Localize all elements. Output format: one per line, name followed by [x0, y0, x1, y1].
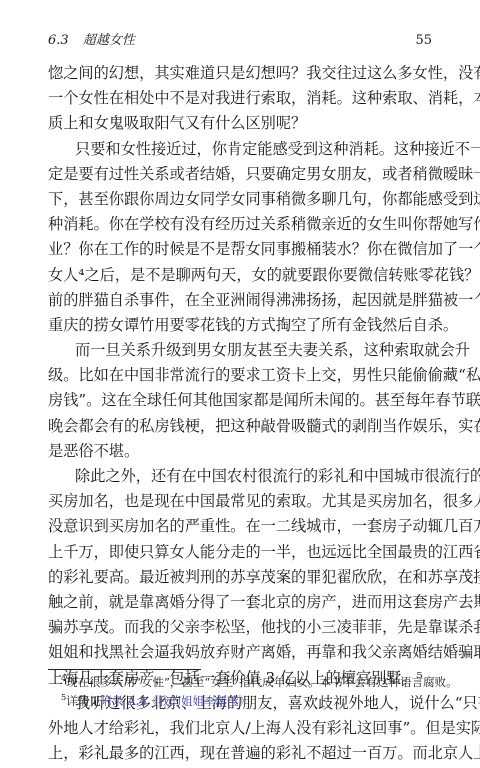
text-line: 是恶俗不堪。: [48, 439, 431, 464]
footnotes: 4现在很多人用“女性”，甚至“女生”指代成年妇女。本书不会有这种语言腐败。 5详…: [61, 673, 458, 711]
text-line: 下，甚至你跟你周边女同学女同事稍微多聊几句，你都能感受到这: [48, 187, 431, 212]
text-line: 上，彩礼最多的江西，现在普遍的彩礼不超过一百万。而北京人上: [48, 741, 431, 766]
footnote-4: 4现在很多人用“女性”，甚至“女生”指代成年妇女。本书不会有这种语言腐败。: [61, 673, 458, 692]
running-header: 6.3 超越女性 55: [48, 29, 432, 49]
text-line: 晚会都会有的私房钱梗，把这种敲骨吸髓式的剥削当作娱乐，实在: [48, 414, 431, 439]
text-line: 业？你在工作的时候是不是帮女同事搬桶装水？你在微信加了一个: [48, 237, 431, 262]
text-line: 除此之外，还有在中国农村很流行的彩礼和中国城市很流行的: [48, 464, 431, 489]
footnote-text: 详情见: [66, 694, 101, 708]
text-line: 定是要有过性关系或者结婚，只要确定男女朋友，或者稍微暧昧一: [48, 162, 431, 187]
text-line: 级。比如在中国非常流行的要求工资卡上交，男性只能偷偷藏“私: [48, 363, 431, 388]
main-text: 惚之间的幻想，其实难道只是幻想吗？我交往过这么多女性，没有一个女性在相处中不是对…: [48, 61, 431, 766]
text-line: 只要和女性接近过，你肯定能感受到这种消耗。这种接近不一: [48, 137, 431, 162]
text-line: 的彩礼要高。最近被判刑的苏享茂案的罪犯翟欣欣，在和苏享茂接: [48, 565, 431, 590]
footnote-5: 5详情见附录 A.4《我的姐姐李新莹》: [61, 692, 458, 711]
footnote-text: 现在很多人用“女性”，甚至“女生”指代成年妇女。本书不会有这种语言腐败。: [66, 675, 458, 689]
section-title: 超越女性: [83, 33, 135, 48]
text-line: 姐姐和找黑社会逼我妈放弃财产离婚，再靠和我父亲离婚结婚骗取: [48, 640, 431, 665]
section-heading: 6.3 超越女性: [48, 29, 135, 48]
text-line: 触之前，就是靠离婚分得了一套北京的房产，进而用这套房产去欺: [48, 590, 431, 615]
text-line: 而一旦关系升级到男女朋友甚至夫妻关系，这种索取就会升: [48, 338, 431, 363]
text-line: 惚之间的幻想，其实难道只是幻想吗？我交往过这么多女性，没有: [48, 61, 431, 86]
text-line: 上千万，即使只算女人能分走的一半，也远远比全国最贵的江西省: [48, 540, 431, 565]
text-line: 种消耗。你在学校有没有经历过关系稍微亲近的女生叫你帮她写作: [48, 212, 431, 237]
text-line: 一个女性在相处中不是对我进行索取，消耗。这种索取、消耗，本: [48, 86, 431, 111]
text-line: 买房加名，也是现在中国最常见的索取。尤其是买房加名，很多人: [48, 489, 431, 514]
text-line: 外地人才给彩礼，我们北京人/上海人没有彩礼这回事”。但是实际: [48, 716, 431, 741]
text-line: 质上和女鬼吸取阳气又有什么区别呢？: [48, 111, 431, 136]
text-line: 房钱”。这在全球任何其他国家都是闻所未闻的。甚至每年春节联欢: [48, 388, 431, 413]
page-number: 55: [415, 33, 432, 48]
text-line: 骗苏享茂。而我的父亲李松坚，他找的小三凌菲菲，先是靠谋杀我: [48, 615, 431, 640]
text-line: 重庆的捞女谭竹用要零花钱的方式掏空了所有金钱然后自杀。: [48, 313, 431, 338]
text-line: 没意识到买房加名的严重性。在一二线城市，一套房子动辄几百万: [48, 514, 431, 539]
text-line: 女人⁴之后，是不是聊两句天，女的就要跟你要微信转账零花钱？之: [48, 263, 431, 288]
text-line: 前的胖猫自杀事件，在全亚洲闹得沸沸扬扬，起因就是胖猫被一个: [48, 288, 431, 313]
section-number: 6.3: [48, 33, 69, 48]
appendix-link[interactable]: 附录 A.4《我的姐姐李新莹》: [101, 694, 250, 708]
footnote-rule: [48, 669, 201, 670]
